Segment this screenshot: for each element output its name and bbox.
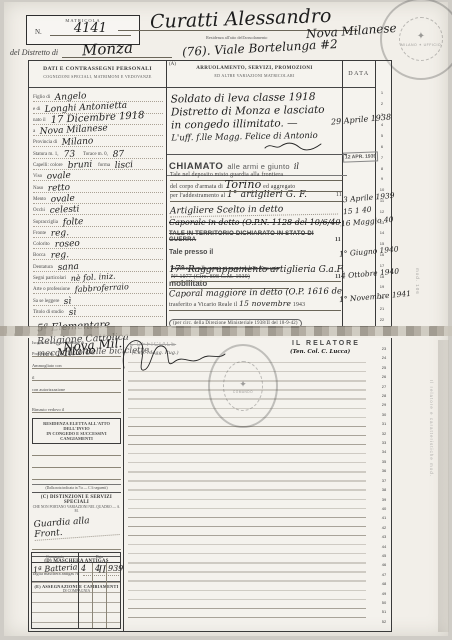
field-value: 73 (63, 150, 75, 159)
provincia-label: Provincia di (32, 351, 53, 356)
stamp-suffix: il (294, 162, 299, 171)
field-label: Provincia di (33, 140, 57, 146)
field-row: Provincia diMilano (33, 136, 163, 147)
field-label: Arte o professione (33, 287, 70, 293)
col-header-data: Data (79, 553, 120, 562)
typed-line: Trattenuto alle armi ai sensi del R. Dec… (171, 266, 341, 274)
typed-line: del corpo d'armata di Torino ed aggregat… (170, 181, 342, 193)
date-entry: 1° Giugno 1940 (339, 245, 399, 258)
data-cell: 4 (81, 564, 86, 573)
personal-data-header: DATI E CONTRASSEGNI PERSONALI COGNIZIONI… (29, 61, 166, 88)
field-label: forma (98, 163, 110, 169)
field-label: Capelli: colore (33, 163, 63, 169)
entry-caporale-struck: Caporale in detto (O.P.N. 1128 del 10/6/… (169, 218, 341, 227)
stamp-emblem-icon: ✦ (417, 31, 425, 42)
main-record-table: DATI E CONTRASSEGNI PERSONALI COGNIZIONI… (28, 60, 392, 327)
scan-edge-smudge (438, 340, 449, 632)
field-label: Sa se leggere (33, 299, 59, 305)
vedovo-label: Rimasto vedovo il (32, 407, 64, 412)
field-label: Statura m. 1, (33, 152, 59, 158)
field-value: bruni (67, 161, 92, 170)
matricola-n-label: N. (35, 28, 42, 36)
typed-frag: del corpo d'armata di (170, 184, 223, 190)
field-row: Visoovale (33, 170, 163, 181)
personal-data-column: DATI E CONTRASSEGNI PERSONALI COGNIZIONI… (29, 61, 167, 326)
signature-flourish (263, 140, 323, 152)
field-value: roseo (54, 240, 79, 249)
field-label: Figlio di (33, 95, 50, 101)
date-entry: 15 1 40 (343, 206, 372, 216)
field-row: Sopraccigliafolte (33, 215, 163, 226)
field-label: Mento (33, 197, 46, 203)
field-value: folte (63, 217, 84, 226)
date-header: DATA (348, 71, 370, 77)
field-value: celesti (50, 206, 80, 216)
field-label: nato il (33, 118, 46, 124)
office-round-stamp: ✦ COMANDO (208, 344, 278, 428)
scanned-document: MATRICOLA N. 4141 Curatti Alessandro Res… (0, 0, 452, 640)
personal-data-subtitle: COGNIZIONI SPECIALI, MATRIMONI E VEDOVAN… (29, 74, 166, 79)
stamp-emblem-icon: ✦ (239, 379, 247, 390)
field-value: reg. (51, 229, 70, 238)
field-row: Statura m. 1,73Torace m. 0,87 (33, 147, 163, 158)
field-row: Coloritoroseo (33, 238, 163, 249)
il-label: il (32, 375, 34, 380)
field-value: reg. (50, 252, 69, 261)
personal-data-title: DATI E CONTRASSEGNI PERSONALI (29, 66, 166, 72)
typed-line: N° 1077 (Circ. 808 G.M. 1939) 11 (171, 274, 341, 283)
field-row: Boccareg. (33, 249, 163, 260)
side-margin-text: mod. 106 (415, 268, 420, 295)
autorizzazione-label: con autorizzazione (32, 387, 65, 392)
corner-ref: (A) (169, 62, 176, 67)
field-label: Torace m. 0, (83, 152, 108, 158)
small-note: (Dalla nota indicata in 7/a — C li segue… (32, 484, 121, 490)
stamp-word: CHIAMATO (169, 161, 223, 172)
residenza-eletta-box: RESIDENZA ELETTA ALL'ATTO DELL'INVIO IN … (32, 418, 121, 444)
field-label: a (33, 129, 35, 135)
stamp-ring-text: MILANO ✶ UFFICIO (401, 43, 441, 47)
field-label: Fronte (33, 231, 46, 237)
field-value: Milano (62, 138, 94, 148)
field-value: lisci (115, 161, 134, 170)
distinzioni-value: Guardia alla Front. (33, 514, 119, 541)
service-record-column: (A) ARRUOLAMENTO, SERVIZI, PROMOZIONI ED… (167, 61, 343, 326)
side-margin-text: Il relatore e caratteristiche mod. (429, 380, 434, 477)
entry-trasferito: trasferito a Vicario Reale il 15 novembr… (169, 300, 341, 329)
field-label: Viso (33, 174, 42, 180)
field-row: aNova Milanese (33, 125, 163, 136)
relatore-label: IL RELATORE (292, 340, 360, 347)
service-record-header: (A) ARRUOLAMENTO, SERVIZI, PROMOZIONI ED… (167, 61, 342, 88)
field-value: Nova Milanese (40, 125, 108, 137)
residenza-box-line: RESIDENZA ELETTA ALL'ATTO DELL'INVIO (34, 421, 119, 431)
field-row: Capelli: colorebruniformalisci (33, 159, 163, 170)
stamp-ring-text: COMANDO (233, 390, 253, 394)
field-row: Mentoovale (33, 193, 163, 204)
field-row: Nasoretto (33, 181, 163, 192)
field-label: Dentatura (33, 265, 53, 271)
compagnia-cell: 1ª Batteria (33, 562, 78, 574)
personal-fields: Figlio diAngelo e diLonghi Antonietta na… (29, 88, 166, 317)
ammogliato-label: Ammogliato con (32, 363, 62, 368)
residenza-box-line: IN CONGEDO E SUCCESSIVI CANGIAMENTI (34, 431, 119, 441)
civil-status-column: Iscritto di leva nel Comune di Nova Mil.… (29, 338, 124, 631)
field-value: 87 (113, 150, 125, 159)
row-numbers-top: 1 2 3 4 5 6 7 8 9 10 11 12 13 14 15 16 1… (376, 61, 388, 326)
field-row: Occhicelesti (33, 204, 163, 215)
field-value: fabbroferraio (75, 284, 129, 295)
date-stamp: 12 APR. 1939 (343, 151, 379, 162)
field-value: sì (68, 309, 76, 317)
distretto-label: del Distretto di (10, 48, 58, 57)
row-number-strip: 1 2 3 4 5 6 7 8 9 10 11 12 13 14 15 16 1… (376, 61, 388, 326)
field-row: Segni particolarinè fol. iniz. (33, 272, 163, 283)
provincia-value: Milano (57, 346, 96, 358)
compagnia-table: Compagnia Data 1ª Batteria 4 4 939 (31, 552, 121, 629)
distinzioni-title: (C) DISTINZIONI E SERVIZI SPECIALI (32, 495, 121, 505)
typed-frag: per l'addestramento al (170, 193, 225, 199)
stamp-word: alle armi e giunto (227, 162, 290, 171)
date-entry: 4 Ottobre 1940 (341, 267, 400, 280)
distretto-value: Monza (82, 39, 134, 60)
typed-frag: N° 1077 (Circ. 808 G.M. 1939) (171, 274, 250, 280)
lower-record-table: Iscritto di leva nel Comune di Nova Mil.… (28, 338, 392, 632)
field-value: ovale (47, 172, 71, 181)
field-label: Colorito (33, 242, 50, 248)
hw-insert: Torino (225, 178, 262, 191)
typed-frag: trasferito a Vicario Reale il (169, 302, 237, 308)
service-entries: Soldato di leva classe 1918 Distretto di… (167, 88, 342, 325)
field-label: Segni particolari (33, 276, 66, 282)
entry-artigliere: Artigliere Scelto in detto (170, 204, 338, 218)
field-label: Sopracciglia (33, 220, 58, 226)
row-numbers-bottom: 23 24 25 26 27 28 29 30 31 32 33 34 35 3… (378, 344, 390, 626)
field-value: nè fol. iniz. (71, 273, 116, 283)
field-value: ovale (51, 195, 75, 204)
data-cell: 939 (108, 564, 123, 573)
field-row: Frontereg. (33, 227, 163, 238)
field-row: Arte o professionefabbroferraio (33, 283, 163, 294)
relatore-sub: (Ten. Col. C. Lucca) (290, 349, 350, 355)
field-label: Titolo di studio (33, 310, 64, 316)
field-value: sana (57, 263, 79, 272)
field-value: Angelo (55, 93, 87, 103)
residenza-label: Residenza all'atto dell'arruolamento (206, 35, 267, 40)
service-title-1: ARRUOLAMENTO, SERVIZI, PROMOZIONI (167, 66, 342, 71)
field-row: Figlio diAngelo (33, 91, 163, 102)
field-label: Naso (33, 186, 43, 192)
margin-ref: 11 (336, 192, 342, 200)
continuation-area: L'UFFICIALE (Cap. Magg. Rug.) ✦ COMANDO … (124, 338, 391, 631)
field-label: e di (33, 107, 40, 113)
col-header-compagnia: Compagnia (32, 553, 79, 562)
service-title-2: ED ALTRE VARIAZIONI MATRICOLARI (167, 73, 342, 78)
date-column: DATA 29 Aprile 1938 12 APR. 1939 3 April… (343, 61, 376, 326)
field-row: Dentaturasana (33, 260, 163, 271)
field-label: Bocca (33, 253, 46, 259)
typed-frag: ed aggregato (263, 184, 295, 190)
stamp-word: Tale presso il (169, 249, 213, 256)
data-cell: 4 (95, 564, 100, 573)
entry-caporal-maggiore: Caporal maggiore in detto (O.P. 1616 del… (169, 286, 343, 299)
distinzioni-subtitle: CHE NON PORTANO VARIAZIONI NEL QUADRO — … (32, 505, 121, 513)
hw-insert: 15 novembre (239, 299, 291, 308)
field-row: Titolo di studiosì (33, 306, 163, 317)
field-value: sì (64, 297, 72, 305)
field-row: Sa se leggeresì (33, 294, 163, 305)
field-label: Occhi (33, 208, 45, 214)
typed-line: per l'addestramento al 1° artiglieri G. … (170, 192, 342, 202)
typed-frag: 1943 (293, 302, 305, 308)
field-value: retto (48, 184, 71, 193)
